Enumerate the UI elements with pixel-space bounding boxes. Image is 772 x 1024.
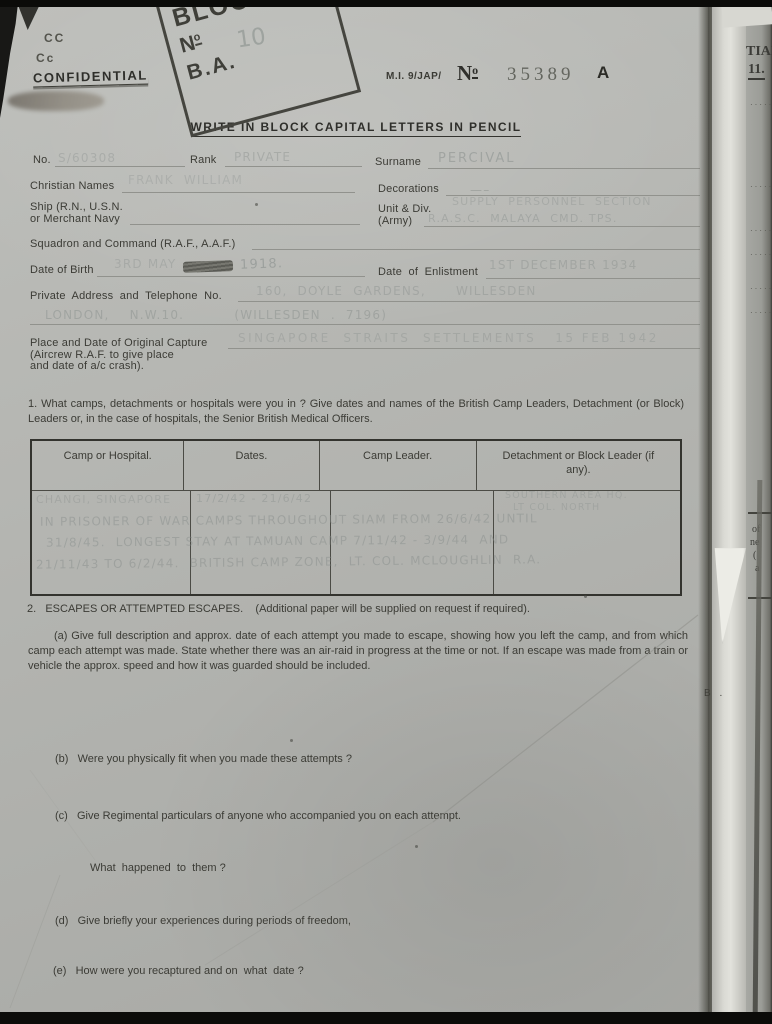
file-number-stamped: 35389 <box>507 64 575 86</box>
field-value-capture: SINGAPORE STRAITS SETTLEMENTS 15 FEB 194… <box>238 331 659 345</box>
field-label-decorations: Decorations <box>378 183 439 195</box>
ink-speck <box>415 845 418 848</box>
field-label-rank: Rank <box>190 154 216 166</box>
field-label-capture-3: and date of a/c crash). <box>30 360 144 372</box>
field-line-capture <box>228 348 700 349</box>
file-suffix-letter: A <box>597 63 609 83</box>
field-value-rank: PRIVATE <box>234 150 291 164</box>
col-header-camp: Camp or Hospital. <box>32 441 184 491</box>
field-line-address-2 <box>30 324 700 325</box>
table-pencil-camp: CHANGI, SINGAPORE <box>36 493 171 506</box>
col-header-dates: Dates. <box>184 441 319 491</box>
field-label-ship-2: or Merchant Navy <box>30 213 120 225</box>
field-line-christian-names <box>122 192 355 193</box>
question-2c2-text: What happened to them ? <box>90 862 226 874</box>
field-label-unit-1: Unit & Div. <box>378 203 431 215</box>
page-edge-shadow <box>698 0 712 1024</box>
file-number-label: No <box>457 61 478 86</box>
field-value-address-1: 160, DOYLE GARDENS, WILLESDEN <box>256 284 537 298</box>
field-line-dob <box>97 276 365 277</box>
stamp-number-handwritten: 10 <box>235 24 268 54</box>
field-label-enlistment: Date of Enlistment <box>378 266 478 278</box>
camps-table-header-row: Camp or Hospital. Dates. Camp Leader. De… <box>32 441 680 491</box>
crossed-out-scribble <box>183 260 233 273</box>
scan-border-bottom <box>0 1012 772 1024</box>
field-label-no: No. <box>33 154 51 166</box>
field-label-surname: Surname <box>375 156 421 168</box>
col-header-block-leader: Detachment or Block Leader (if any). <box>477 441 680 491</box>
field-label-capture-1: Place and Date of Original Capture <box>30 337 207 349</box>
question-2-heading: 2. ESCAPES OR ATTEMPTED ESCAPES. (Additi… <box>27 603 530 615</box>
underlying-page-dotted-line: ······ <box>750 308 772 317</box>
field-label-dob: Date of Birth <box>30 264 94 276</box>
field-label-squadron: Squadron and Command (R.A.F., A.A.F.) <box>30 238 236 250</box>
partial-stamp-fragment: Cc <box>36 51 55 65</box>
partial-stamp-fragment: CC <box>44 31 65 45</box>
col-header-camp-leader: Camp Leader. <box>320 441 477 491</box>
field-label-address: Private Address and Telephone No. <box>30 290 222 302</box>
underlying-page-dotted-line: ······ <box>750 226 772 235</box>
field-value-dob-post: 1918. <box>240 256 284 272</box>
field-line-address-1 <box>238 301 700 302</box>
underlying-page-dotted-line: ······ <box>750 250 772 259</box>
field-value-unit-1: SUPPLY PERSONNEL SECTION <box>452 195 652 208</box>
field-value-enlistment: 1ST DECEMBER 1934 <box>489 258 637 272</box>
field-line-enlistment <box>486 278 700 279</box>
question-2a-text: (a) Give full description and approx. da… <box>28 629 688 675</box>
field-value-unit-2: R.A.S.C. MALAYA CMD. TPS. <box>428 212 618 225</box>
field-value-surname: PERCIVAL <box>438 151 516 166</box>
ink-speck <box>584 595 587 598</box>
underlying-page-dotted-line: ······ <box>750 100 772 109</box>
field-line-surname <box>428 168 700 169</box>
ink-speck <box>290 739 293 742</box>
field-label-christian-names: Christian Names <box>30 180 114 192</box>
underlying-page-number-fragment: 11. <box>748 62 765 80</box>
field-label-unit-2: (Army) <box>378 215 412 227</box>
field-line-rank <box>225 166 362 167</box>
underlying-page-tial-fragment: TIAL <box>746 44 772 60</box>
underlying-page-dotted-line: ······ <box>750 284 772 293</box>
confidential-marking: CONFIDENTIAL <box>33 68 148 88</box>
question-1-text: 1. What camps, detachments or hospitals … <box>28 397 684 427</box>
table-pencil-dates: 17/2/42 - 21/6/42 <box>196 492 312 505</box>
block-number-stamp: BLOCK No B.A. 10 <box>155 0 361 137</box>
file-reference-prefix: M.I. 9/JAP/ <box>386 71 442 82</box>
question-2d-text: (d) Give briefly your experiences during… <box>55 915 351 927</box>
field-label-ship-1: Ship (R.N., U.S.N. <box>30 201 123 213</box>
question-2e-text: (e) How were you recaptured and on what … <box>53 965 304 977</box>
scan-border-top <box>0 0 772 7</box>
underlying-page-edges <box>712 0 746 1024</box>
questionnaire-page: CC Cc CONFIDENTIAL BLOCK No B.A. 10 M.I.… <box>0 7 708 1013</box>
erasure-smudge <box>8 91 104 111</box>
field-value-no: S/60308 <box>58 151 116 165</box>
scanned-document-screen: CC Cc CONFIDENTIAL BLOCK No B.A. 10 M.I.… <box>0 0 772 1024</box>
question-2c-text: (c) Give Regimental particulars of anyon… <box>55 810 461 822</box>
field-value-address-2: LONDON, N.W.10. (WILLESDEN . 7196) <box>45 308 387 322</box>
table-pencil-block-leader-1: SOUTHERN AREA HQ. <box>505 490 628 501</box>
field-value-dob-pre: 3RD MAY <box>114 257 176 271</box>
field-line-squadron <box>252 249 700 250</box>
field-line-no <box>55 166 185 167</box>
underlying-page-dotted-line: ······ <box>750 182 772 191</box>
field-line-ship <box>130 224 360 225</box>
underlying-page-b-mark: B . <box>704 688 725 699</box>
field-line-unit <box>424 226 700 227</box>
question-2b-text: (b) Were you physically fit when you mad… <box>55 753 352 765</box>
field-value-christian-names: FRANK WILLIAM <box>128 173 243 187</box>
ink-speck <box>255 203 258 206</box>
